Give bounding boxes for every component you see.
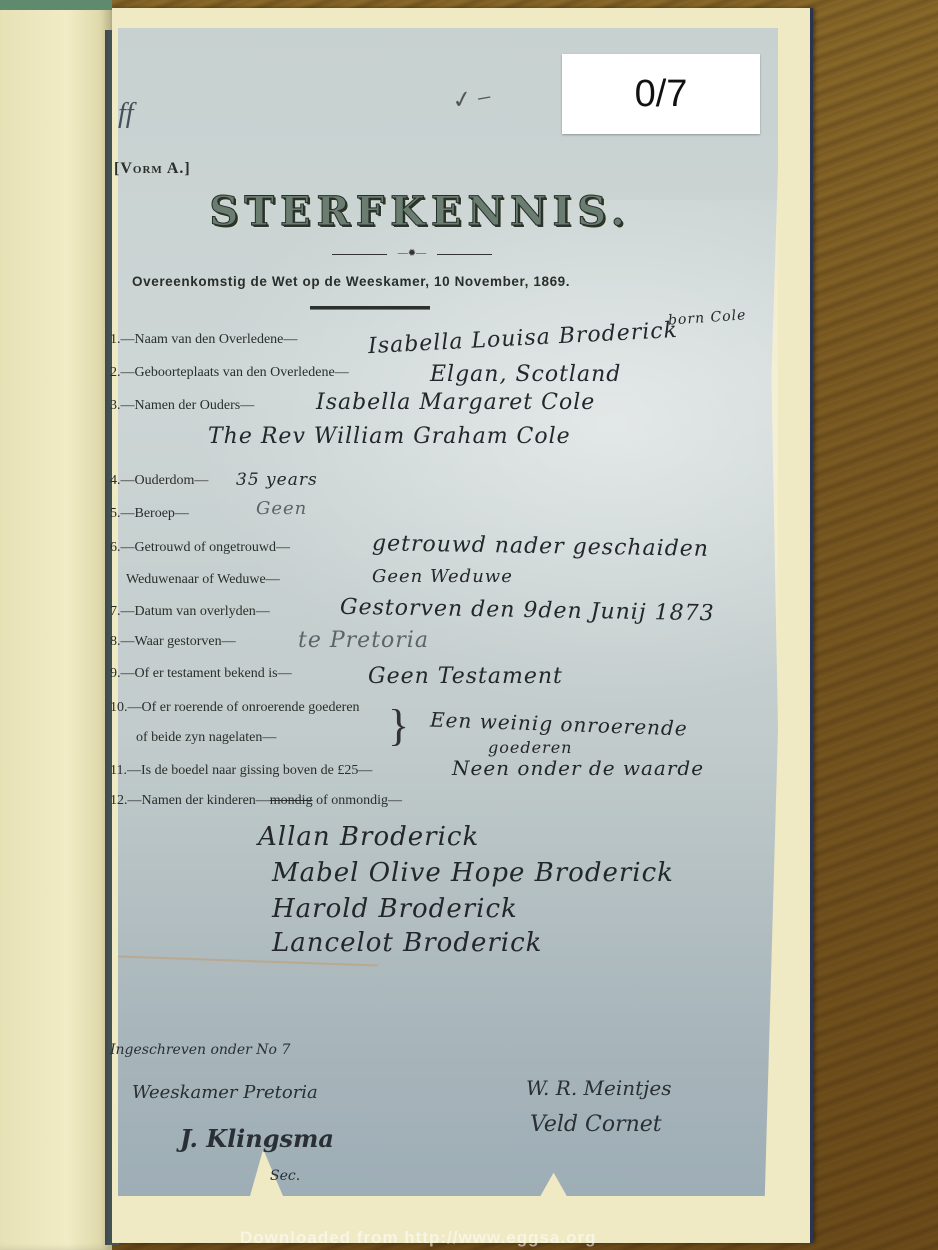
orphan-chamber-name: Weeskamer Pretoria	[132, 1082, 318, 1103]
field-cornet-signature: W. R. Meintjes	[526, 1076, 671, 1100]
document-title: STERFKENNIS.	[190, 188, 650, 235]
field-value-property-line2: goederen	[488, 738, 572, 757]
child-name: Mabel Olive Hope Broderick	[272, 858, 674, 888]
brace-glyph: }	[388, 700, 409, 751]
field-label-age: 4.—Ouderdom—	[110, 473, 208, 489]
field-value-occupation: Geen	[256, 498, 307, 519]
field-value-father: The Rev William Graham Cole	[208, 424, 571, 449]
watermark: Downloaded from http://www.eggsa.org	[240, 1228, 596, 1248]
divider-rule	[310, 306, 430, 310]
book-left-page	[0, 0, 112, 1250]
title-ornament: —✹—	[332, 248, 492, 260]
field-label-married: 6.—Getrouwd of ongetrouwd—	[110, 540, 290, 556]
field-value-place-of-death: te Pretoria	[298, 628, 429, 653]
secretary-title: Sec.	[270, 1168, 300, 1184]
field-value-birthplace: Elgan, Scotland	[430, 362, 621, 387]
field-value-estate-value: Neen onder de waarde	[452, 756, 704, 780]
field-label-birthplace: 2.—Geboorteplaats van den Overledene—	[110, 365, 349, 381]
field-value-widow: Geen Weduwe	[372, 566, 513, 587]
ornament-glyph: —✹—	[392, 248, 432, 259]
form-label: [Vorm A.]	[114, 160, 191, 178]
field-label-parents: 3.—Namen der Ouders—	[110, 398, 254, 414]
field-label-date-of-death: 7.—Datum van overlyden—	[110, 604, 270, 620]
field-label-property-line2: of beide zyn nagelaten—	[136, 730, 276, 746]
field-value-mother: Isabella Margaret Cole	[316, 390, 595, 415]
field-label-testament: 9.—Of er testament bekend is—	[110, 666, 292, 682]
field-label-place-of-death: 8.—Waar gestorven—	[110, 634, 236, 650]
registration-note: Ingeschreven onder No 7	[110, 1042, 290, 1058]
child-name: Lancelot Broderick	[272, 928, 542, 958]
field-label-estate-value: 11.—Is de boedel naar gissing boven de £…	[110, 763, 372, 779]
field-value-age: 35 years	[236, 470, 318, 490]
field-cornet-title: Veld Cornet	[530, 1112, 662, 1137]
child-name: Allan Broderick	[258, 822, 479, 852]
children-label-suffix: of onmondig—	[313, 793, 402, 808]
margin-note: ff	[118, 98, 134, 130]
field-label-property: 10.—Of er roerende of onroerende goedere…	[110, 700, 360, 716]
children-label-prefix: 12.—Namen der kinderen—	[110, 793, 270, 808]
children-label-struck: mondig	[270, 793, 313, 808]
archive-tag: 0/7	[562, 54, 760, 134]
archive-tag-label: 0/7	[635, 73, 688, 116]
field-label-name: 1.—Naam van den Overledene—	[110, 332, 297, 348]
document-subtitle: Overeenkomstig de Wet op de Weeskamer, 1…	[132, 274, 570, 289]
field-label-children: 12.—Namen der kinderen—mondig of onmondi…	[110, 793, 402, 809]
book-cover-edge	[0, 0, 112, 10]
field-label-widow: Weduwenaar of Weduwe—	[126, 572, 280, 588]
field-value-testament: Geen Testament	[368, 664, 563, 689]
secretary-signature: J. Klingsma	[180, 1124, 334, 1153]
child-name: Harold Broderick	[272, 894, 518, 924]
field-label-occupation: 5.—Beroep—	[110, 506, 189, 522]
